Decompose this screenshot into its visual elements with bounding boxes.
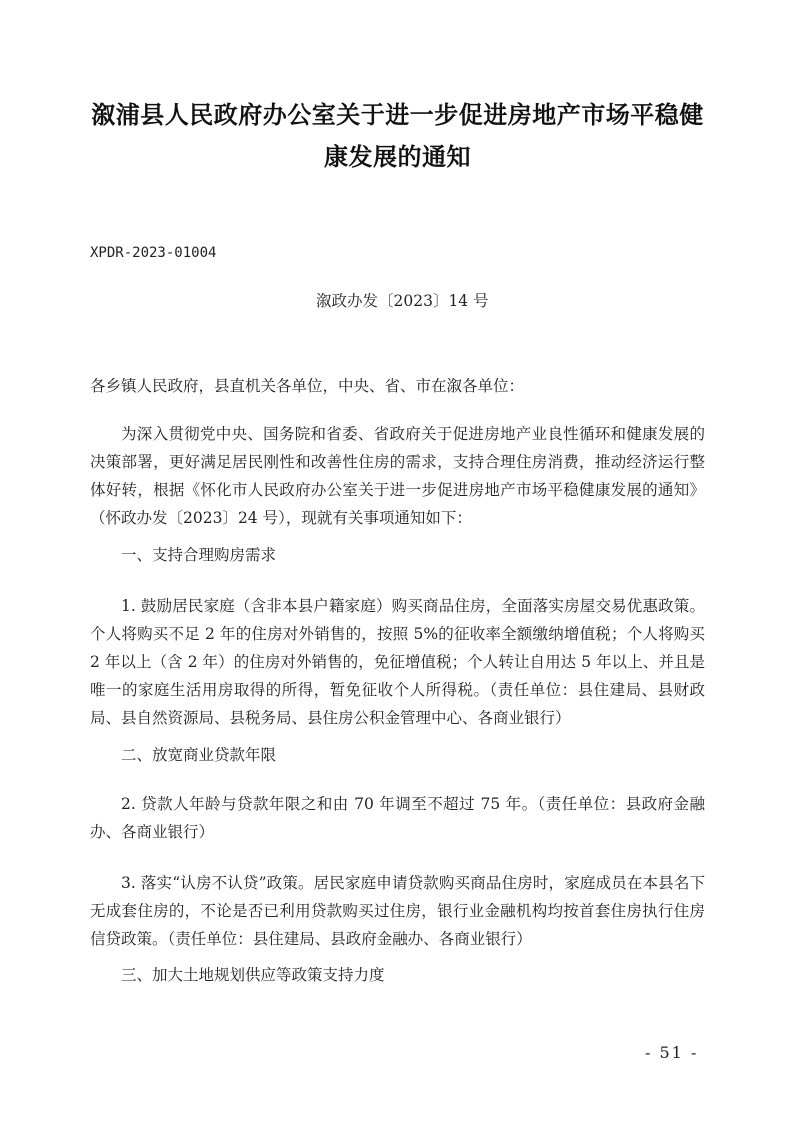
section-2-item-1: 2. 贷款人年龄与贷款年限之和由 70 年调至不超过 75 年。（责任单位：县政… <box>90 790 705 846</box>
salutation: 各乡镇人民政府，县直机关各单位，中央、省、市在溆各单位： <box>90 372 705 400</box>
document-number: 溆政办发〔2023〕14 号 <box>316 290 489 312</box>
document-id: XPDR-2023-01004 <box>90 243 216 263</box>
section-1-item-1: 1. 鼓励居民家庭（含非本县户籍家庭）购买商品住房，全面落实房屋交易优惠政策。个… <box>90 592 705 732</box>
section-2-item-2: 3. 落实“认房不认贷”政策。居民家庭申请贷款购买商品住房时，家庭成员在本县名下… <box>90 869 705 953</box>
document-title: 溆浦县人民政府办公室关于进一步促进房地产市场平稳健康发展的通知 <box>90 94 705 178</box>
section-heading-3: 三、加大土地规划供应等政策支持力度 <box>90 961 705 989</box>
section-heading-1: 一、支持合理购房需求 <box>90 541 705 569</box>
section-heading-2: 二、放宽商业贷款年限 <box>90 741 705 769</box>
intro-paragraph: 为深入贯彻党中央、国务院和省委、省政府关于促进房地产业良性循环和健康发展的决策部… <box>90 420 705 532</box>
page-number: - 51 - <box>645 1042 698 1064</box>
